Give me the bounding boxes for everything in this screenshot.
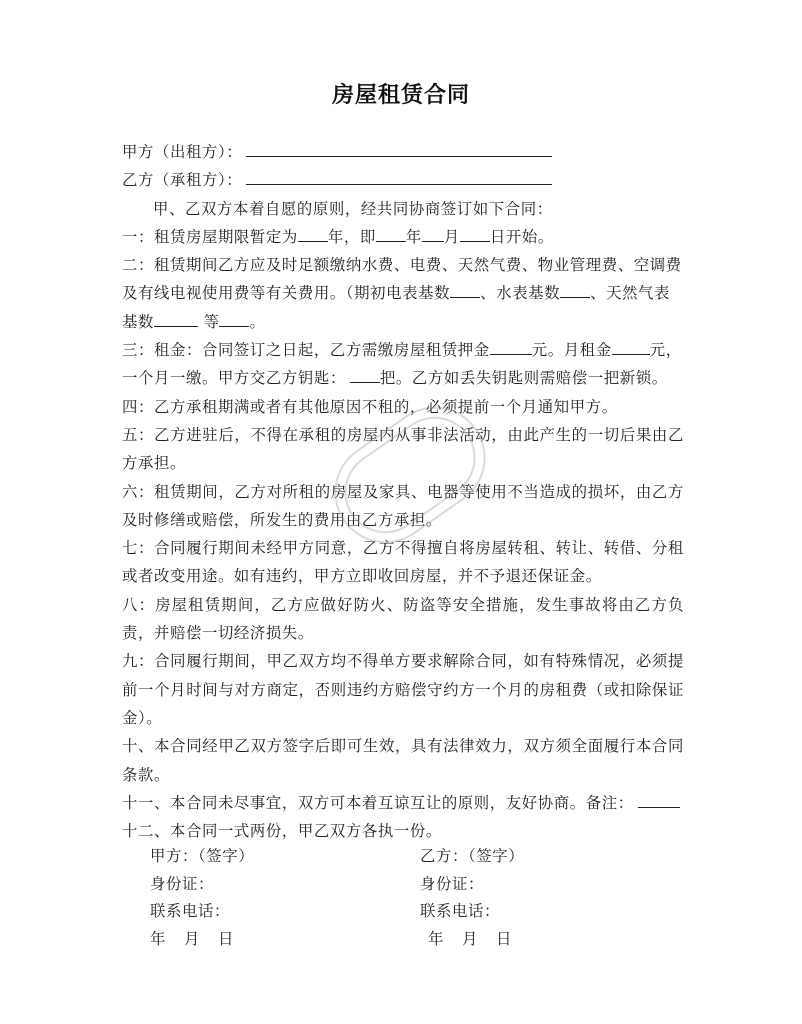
- clause-3-line-1: 三：租金：合同签订之日起，乙方需缴房屋租赁押金元。月租金元，: [122, 336, 684, 364]
- clause-2-text: 基数: [122, 313, 154, 331]
- party-b-field[interactable]: [246, 168, 552, 185]
- clause-11-text: 十一、本合同未尽事宜，双方可本着互谅互让的原则，友好协商。备注：: [122, 794, 634, 812]
- clause-1-text: 年，即: [328, 228, 376, 246]
- party-b-signature-block: 乙方：（签字） 身份证： 联系电话： 年月日: [420, 843, 530, 953]
- start-day-blank[interactable]: [460, 226, 490, 242]
- remarks-blank[interactable]: [638, 792, 680, 808]
- party-a-id-label: 身份证：: [150, 871, 254, 899]
- clause-12: 十二、本合同一式两份，甲乙双方各执一份。: [122, 817, 684, 845]
- clause-2-text: 及有线电视使用费等有关费用。（期初电表基数: [122, 284, 450, 302]
- clause-3-text: 元，: [650, 341, 682, 359]
- clause-2-line-3: 基数 等。: [122, 308, 684, 336]
- clause-2-text: 等: [198, 313, 219, 331]
- clause-6: 六：租赁期间，乙方对所租的房屋及家具、电器等使用不当造成的损坏，由乙方及时修缮或…: [122, 478, 684, 535]
- clause-3-text: 元。月租金: [532, 341, 612, 359]
- clause-5: 五：乙方进驻后，不得在承租的房屋内从事非法活动，由此产生的一切后果由乙方承担。: [122, 421, 684, 478]
- intro-text: 甲、乙双方本着自愿的原则，经共同协商签订如下合同：: [122, 195, 684, 223]
- party-b-id-label: 身份证：: [420, 871, 530, 899]
- document-page: 房屋租赁合同 甲方（出租方）： 乙方（承租方）： 甲、乙双方本着自愿的原则，经共…: [0, 0, 802, 1024]
- year-label: 年: [428, 926, 444, 954]
- term-years-blank[interactable]: [298, 226, 328, 242]
- clause-1-text: 年: [406, 228, 422, 246]
- clause-3-text: 一个月一缴。甲方交乙方钥匙：: [122, 369, 346, 387]
- party-b-row: 乙方（承租方）：: [122, 166, 684, 194]
- gas-meter-blank[interactable]: [154, 311, 198, 327]
- party-b-date: 年月日: [420, 926, 530, 954]
- clause-2-line-1: 二：租赁期间乙方应及时足额缴纳水费、电费、天然气费、物业管理费、空调费: [122, 251, 684, 279]
- party-a-field[interactable]: [246, 140, 552, 157]
- clause-8: 八：房屋租赁期间，乙方应做好防火、防盗等安全措施，发生事故将由乙方负责，并赔偿一…: [122, 591, 684, 648]
- clause-2-text: 。: [249, 313, 265, 331]
- party-a-row: 甲方（出租方）：: [122, 138, 684, 166]
- party-a-phone-label: 联系电话：: [150, 898, 254, 926]
- clause-4: 四：乙方承租期满或者有其他原因不租的，必须提前一个月通知甲方。: [122, 393, 684, 421]
- clause-3-text: 三：租金：合同签订之日起，乙方需缴房屋租赁押金: [122, 341, 490, 359]
- deposit-blank[interactable]: [490, 339, 532, 355]
- clause-9: 九：合同履行期间，甲乙双方均不得单方要求解除合同，如有特殊情况，必须提前一个月时…: [122, 647, 684, 732]
- clause-3-line-2: 一个月一缴。甲方交乙方钥匙：把。乙方如丢失钥匙则需赔偿一把新锁。: [122, 364, 684, 392]
- electric-meter-blank[interactable]: [450, 282, 480, 298]
- party-b-sign-label: 乙方：（签字）: [420, 843, 530, 871]
- party-b-phone-label: 联系电话：: [420, 898, 530, 926]
- monthly-rent-blank[interactable]: [612, 339, 650, 355]
- water-meter-blank[interactable]: [560, 282, 590, 298]
- clause-3-text: 把。乙方如丢失钥匙则需赔偿一把新锁。: [380, 369, 668, 387]
- party-a-label: 甲方（出租方）：: [122, 143, 242, 161]
- other-blank[interactable]: [219, 311, 249, 327]
- clause-1-text: 一：租赁房屋期限暂定为: [122, 228, 298, 246]
- page-title: 房屋租赁合同: [0, 78, 802, 109]
- party-a-signature-block: 甲方：（签字） 身份证： 联系电话： 年月日: [150, 843, 254, 953]
- start-month-blank[interactable]: [422, 226, 444, 242]
- keys-count-blank[interactable]: [350, 367, 380, 383]
- day-label: 日: [218, 926, 234, 954]
- clause-2-text: 、天然气表: [590, 284, 670, 302]
- day-label: 日: [496, 926, 512, 954]
- clause-1-text: 月: [444, 228, 460, 246]
- party-a-sign-label: 甲方：（签字）: [150, 843, 254, 871]
- clause-11: 十一、本合同未尽事宜，双方可本着互谅互让的原则，友好协商。备注：: [122, 789, 684, 817]
- party-b-label: 乙方（承租方）：: [122, 171, 242, 189]
- start-year-blank[interactable]: [376, 226, 406, 242]
- contract-body: 甲方（出租方）： 乙方（承租方）： 甲、乙双方本着自愿的原则，经共同协商签订如下…: [122, 138, 684, 845]
- clause-1-text: 日开始。: [490, 228, 554, 246]
- month-label: 月: [462, 926, 478, 954]
- party-a-date: 年月日: [150, 926, 254, 954]
- month-label: 月: [184, 926, 200, 954]
- clause-2-line-2: 及有线电视使用费等有关费用。（期初电表基数、水表基数、天然气表: [122, 279, 684, 307]
- clause-10: 十、本合同经甲乙双方签字后即可生效，具有法律效力，双方须全面履行本合同条款。: [122, 732, 684, 789]
- clause-2-text: 、水表基数: [480, 284, 560, 302]
- year-label: 年: [150, 926, 166, 954]
- clause-7: 七：合同履行期间未经甲方同意，乙方不得擅自将房屋转租、转让、转借、分租或者改变用…: [122, 534, 684, 591]
- clause-1: 一：租赁房屋期限暂定为年，即年月日开始。: [122, 223, 684, 251]
